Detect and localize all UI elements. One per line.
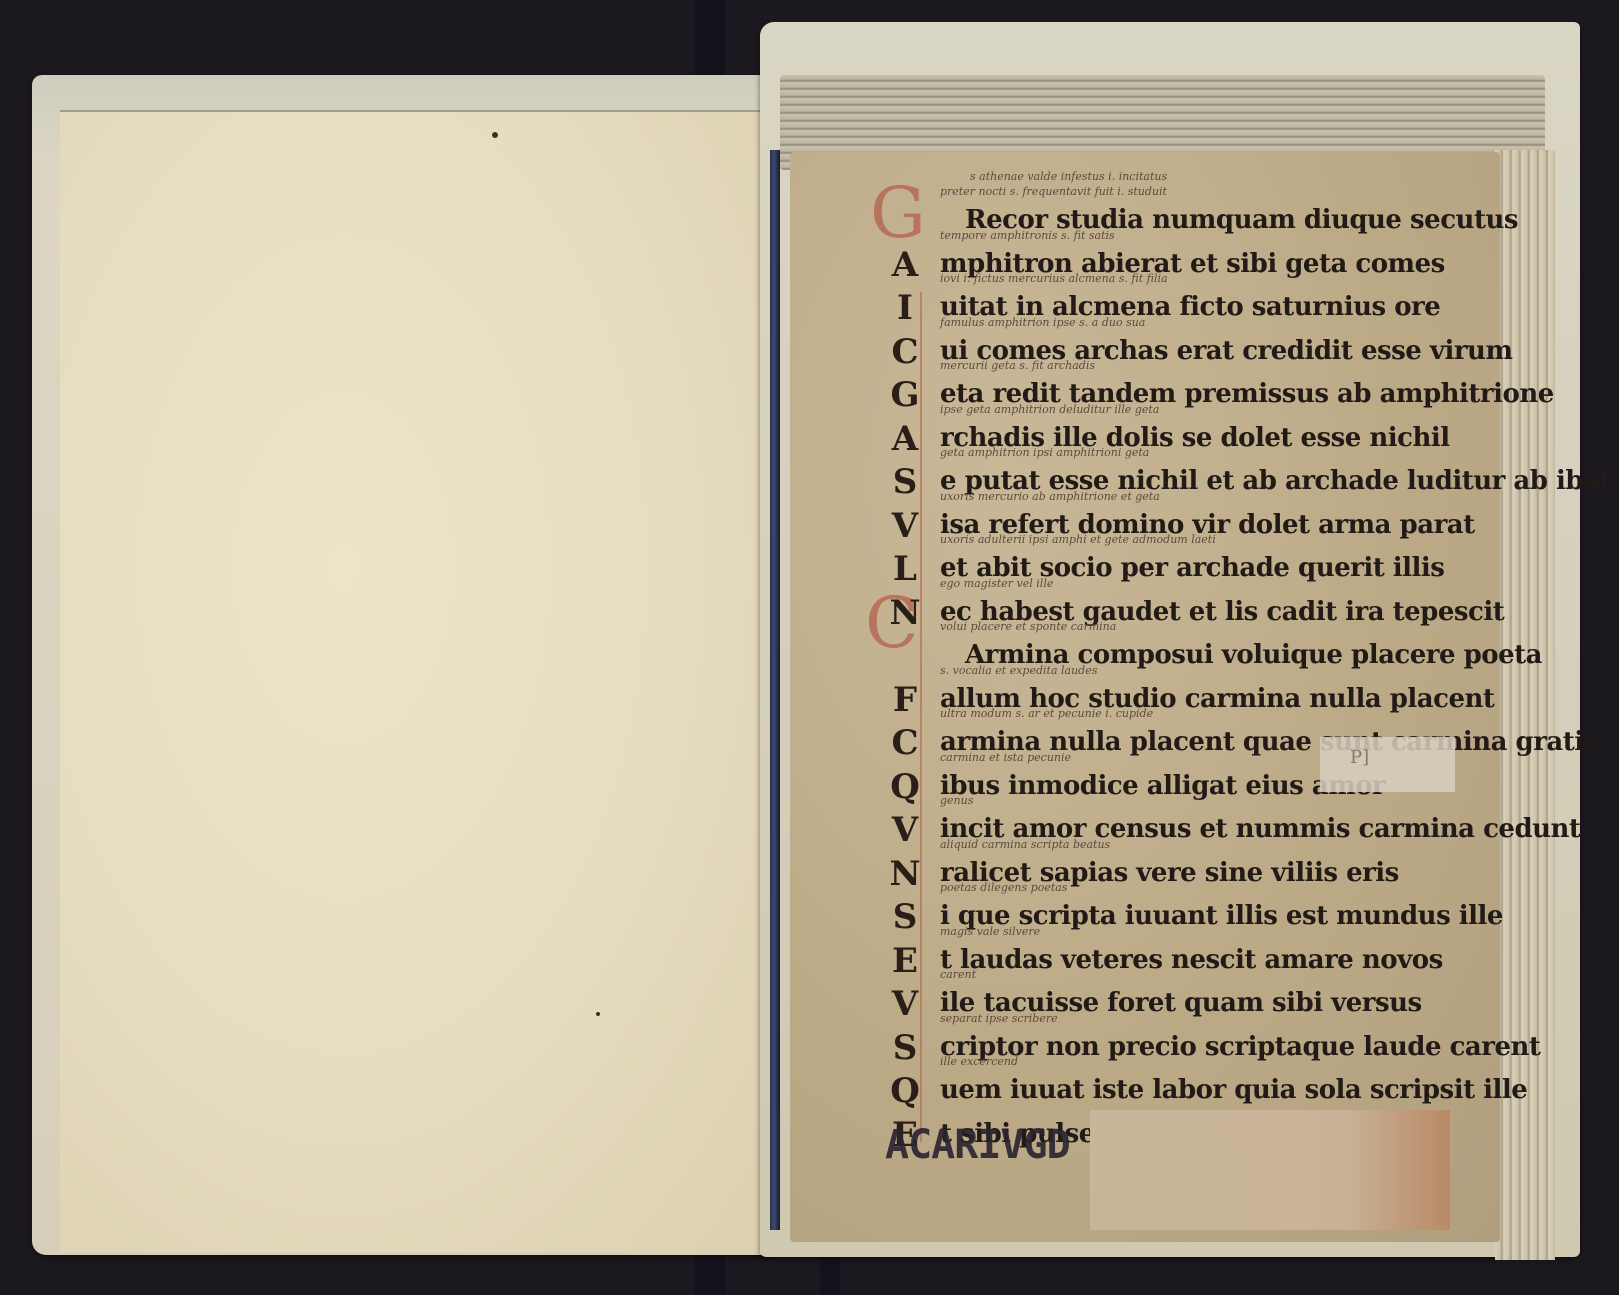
verse-initial: N <box>885 593 925 633</box>
verse-initial: Q <box>885 767 925 807</box>
verse-line: ego magister vel illeNec habest gaudet e… <box>790 589 1500 635</box>
verse-initial: F <box>885 680 925 720</box>
verse-initial: S <box>885 1028 925 1068</box>
verse-line: volui placere et sponte carminaCArmina c… <box>790 632 1500 678</box>
interlinear-gloss: volui placere et sponte carmina <box>940 620 1116 633</box>
verse-line: ille excercendQuem iuuat iste labor quia… <box>790 1067 1500 1113</box>
verse-line: genusVincit amor census et nummis carmin… <box>790 806 1500 852</box>
verse-line: separat ipse scribereScriptor non precio… <box>790 1024 1500 1070</box>
interlinear-gloss: ego magister vel ille <box>940 577 1053 590</box>
verse-initial: Q <box>885 1071 925 1111</box>
interlinear-gloss: aliquid carmina scripta beatus <box>940 838 1110 851</box>
verse-initial: A <box>885 245 925 285</box>
interlinear-gloss: uxoris adulterii ipsi amphi et gete admo… <box>940 533 1216 546</box>
verse-line: famulus amphitrion ipse s. a duo suaCui … <box>790 328 1500 374</box>
verse-initial: V <box>885 984 925 1024</box>
paper-repair-patch: P] <box>1320 737 1455 792</box>
verse-initial: N <box>885 854 925 894</box>
interlinear-gloss: tempore amphitronis s. fit satis <box>940 229 1115 242</box>
verse-line: carentVile tacuisse foret quam sibi vers… <box>790 980 1500 1026</box>
verse-text: criptor non precio scriptaque laude care… <box>940 1032 1540 1062</box>
manuscript-page: G C s athenae valde infestus i. incitatu… <box>790 152 1500 1242</box>
verse-initial: S <box>885 462 925 502</box>
interlinear-gloss: geta amphitrion ipsi amphitrioni geta <box>940 446 1149 459</box>
verse-line: aliquid carmina scripta beatusNralicet s… <box>790 850 1500 896</box>
header-gloss: s athenae valde infestus i. incitatus <box>970 170 1167 183</box>
verse-initial: A <box>885 419 925 459</box>
verse-initial: L <box>885 549 925 589</box>
ink-spot <box>596 1012 600 1016</box>
verse-initial: S <box>885 897 925 937</box>
interlinear-gloss: poetas dilegens poetas <box>940 881 1067 894</box>
interlinear-gloss: magis vale silvere <box>940 925 1040 938</box>
verse-initial: V <box>885 506 925 546</box>
verse-initial: I <box>885 288 925 328</box>
verse-initial: V <box>885 810 925 850</box>
interlinear-gloss: uxoris mercurio ab amphitrione et geta <box>940 490 1160 503</box>
binding-gutter <box>770 150 780 1230</box>
interlinear-gloss: famulus amphitrion ipse s. a duo sua <box>940 316 1145 329</box>
interlinear-gloss: iovi i. fictus mercurius alcmena s. fit … <box>940 272 1168 285</box>
verse-line: preter nocti s. frequentavit fuit i. stu… <box>790 197 1500 243</box>
interlinear-gloss: ultra modum s. ar et pecunie i. cupide <box>940 707 1153 720</box>
interlinear-gloss: carmina et ista pecunie <box>940 751 1071 764</box>
verse-line: magis vale silvereEt laudas veteres nesc… <box>790 937 1500 983</box>
interlinear-gloss: preter nocti s. frequentavit fuit i. stu… <box>940 185 1167 198</box>
interlinear-gloss: ipse geta amphitrion deluditur ille geta <box>940 403 1159 416</box>
verse-initial: C <box>885 723 925 763</box>
blank-flyleaf <box>60 110 770 1252</box>
margin-note: P] <box>1350 747 1369 768</box>
label-repair-patch <box>1090 1110 1450 1230</box>
verse-initial: G <box>885 375 925 415</box>
interlinear-gloss: separat ipse scribere <box>940 1012 1058 1025</box>
ink-spot <box>492 132 498 138</box>
verse-text: uem iuuat iste labor quia sola scripsit … <box>940 1075 1527 1105</box>
interlinear-gloss: ille excercend <box>940 1055 1018 1068</box>
verse-line: uxoris adulterii ipsi amphi et gete admo… <box>790 545 1500 591</box>
interlinear-gloss: carent <box>940 968 976 981</box>
interlinear-gloss: genus <box>940 794 973 807</box>
verse-initial: C <box>885 332 925 372</box>
verse-line: poetas dilegens poetasSi que scripta iuu… <box>790 893 1500 939</box>
verse-initial: E <box>885 941 925 981</box>
shelfmark-stamp: ACARIVGD <box>885 1122 1070 1168</box>
interlinear-gloss: s. vocalia et expedita laudes <box>940 664 1097 677</box>
verse-text: ibus inmodice alligat eius amor <box>940 771 1385 801</box>
verse-text: t laudas veteres nescit amare novos <box>940 945 1443 975</box>
interlinear-gloss: mercurii geta s. fit archadis <box>940 359 1095 372</box>
